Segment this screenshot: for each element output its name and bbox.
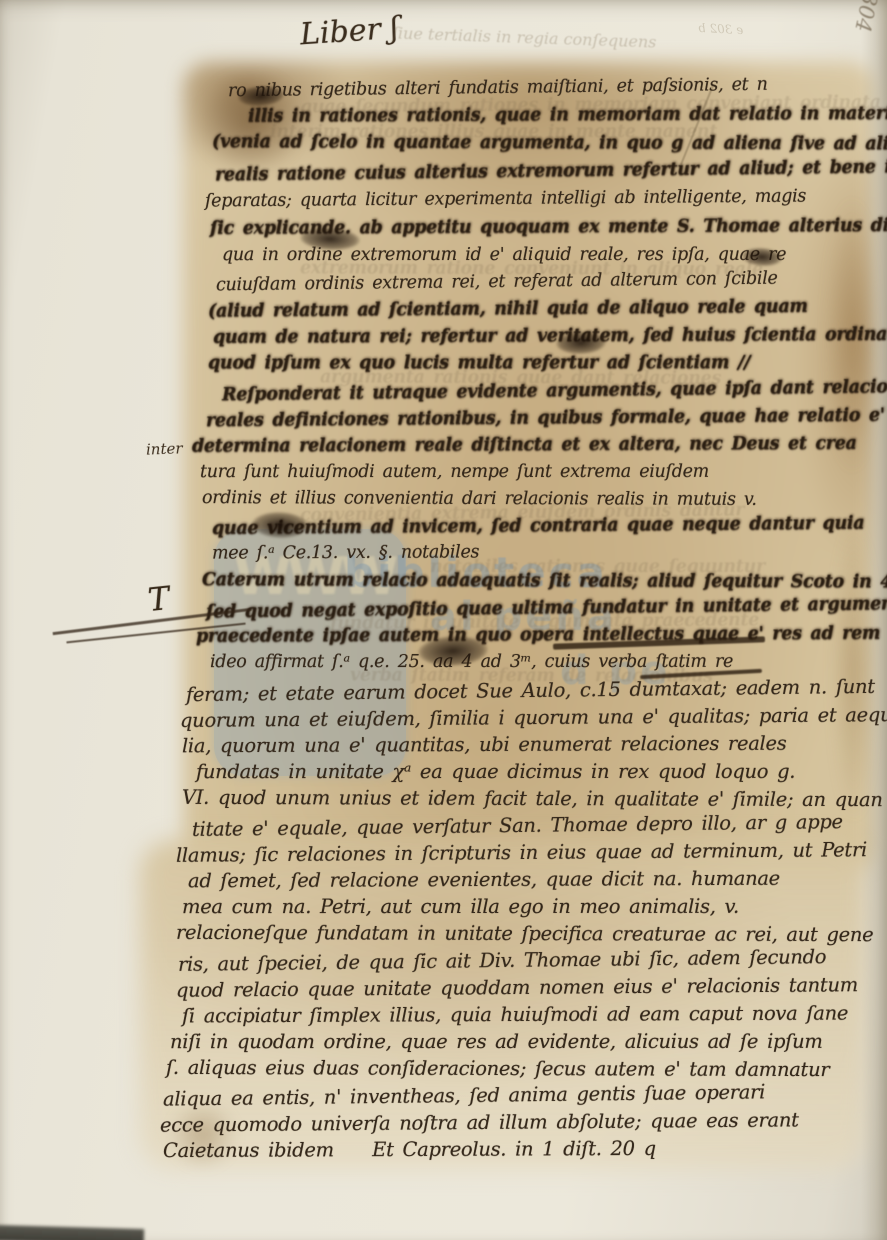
bleedthrough-numbers: e 302 b — [698, 21, 744, 37]
manuscript-line: Caterum utrum relacio adaequatis ſit rea… — [202, 570, 887, 592]
page-title: Liber ʃ — [299, 11, 400, 53]
margin-paragraph-mark: T — [146, 579, 171, 619]
manuscript-line: ad ſemet, ſed relacione evenientes, quae… — [188, 867, 780, 893]
margin-note: inter — [146, 439, 183, 458]
manuscript-line: ſi accipiatur ſimplex illius, quia huiuſ… — [182, 1002, 848, 1028]
manuscript-scan-page: WWW biblioteca al peña d pe Liber ʃ ſiue… — [0, 0, 887, 1240]
manuscript-line: ſ. aliquas eius duas conſideraciones; ſe… — [166, 1056, 829, 1081]
manuscript-line: Caietanus ibidem Et Capreolus. in 1 diſt… — [163, 1137, 656, 1162]
manuscript-line: determina relacionem reale diſtincta et … — [192, 434, 857, 457]
manuscript-line: praecedente ipſae autem in quo opera int… — [196, 624, 880, 647]
manuscript-line: fundatas in unitate χᵃ ea quae dicimus i… — [196, 760, 795, 783]
manuscript-line: VI. quod unum unius et idem facit tale, … — [182, 786, 883, 811]
scan-corner-artifact — [0, 1225, 144, 1240]
manuscript-line: (venia ad ſcelo in quantae argumenta, in… — [212, 132, 887, 154]
manuscript-line: tura ſunt huiuſmodi autem, nempe ſunt ex… — [200, 462, 709, 482]
manuscript-line: quam de natura rei; refertur ad veritate… — [213, 324, 887, 347]
manuscript-line: niſi in quodam ordine, quae res ad evide… — [170, 1030, 823, 1053]
paper-stain — [832, 520, 876, 820]
manuscript-line: mea cum na. Petri, aut cum illa ego in m… — [182, 895, 739, 918]
header-bleedthrough-text: ſiue tertialis in regia conſequens — [392, 23, 657, 51]
manuscript-line: lia, quorum una e' quantitas, ubi enumer… — [182, 732, 787, 758]
manuscript-line: relacioneſque fundatam in unitate ſpecif… — [176, 921, 873, 946]
